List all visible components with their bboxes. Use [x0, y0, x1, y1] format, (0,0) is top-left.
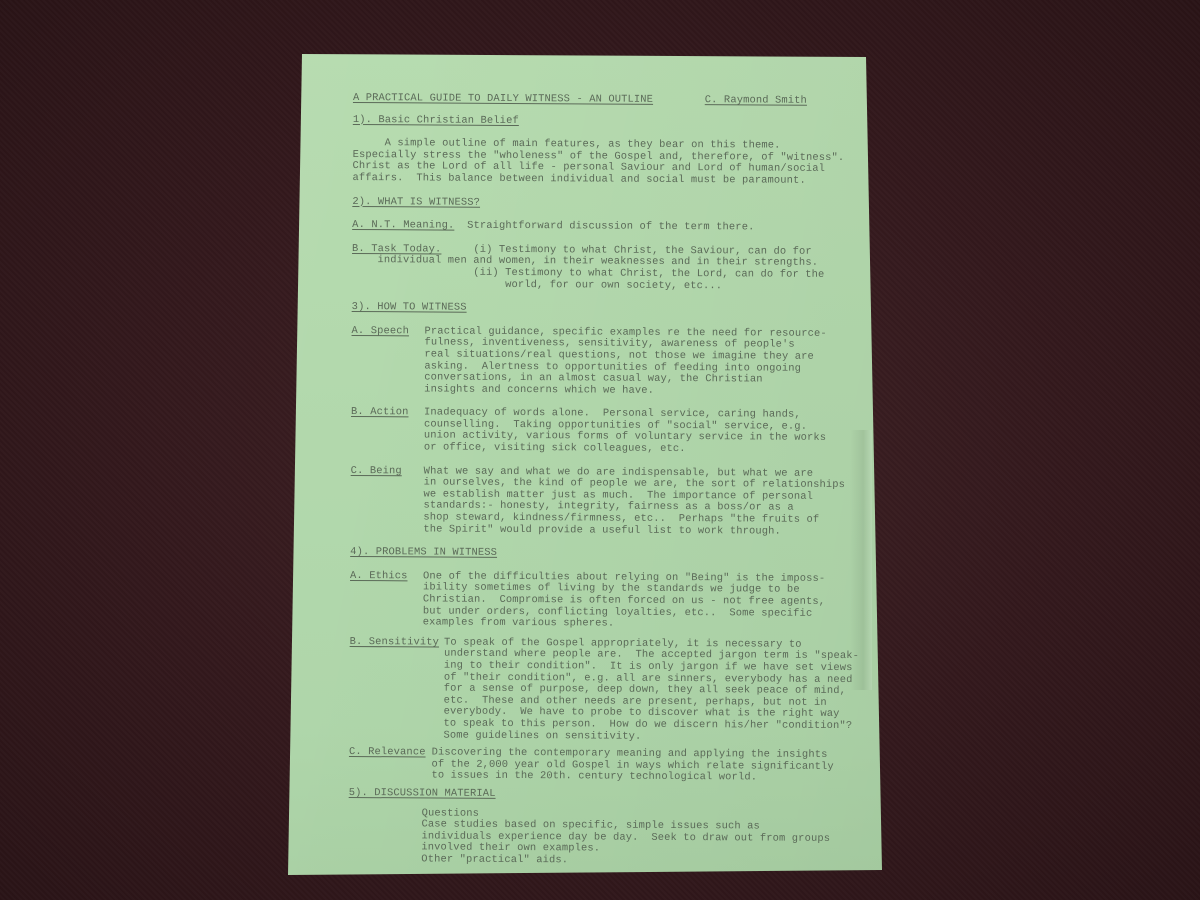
section-2: 2). WHAT IS WITNESS? A. N.T. Meaning. St…: [352, 197, 863, 294]
section-heading: 4). PROBLEMS IN WITNESS: [350, 546, 497, 559]
item-action: B. Action Inadequacy of words alone. Per…: [351, 407, 861, 456]
section-body: Questions Case studies based on specific…: [348, 807, 858, 868]
section-3: 3). HOW TO WITNESS A. Speech Practical g…: [350, 302, 861, 538]
item-label: C. Being: [351, 465, 402, 477]
item-task-today: B. Task Today. (i) Testimony to what Chr…: [352, 244, 862, 293]
item-label: A. Ethics: [350, 570, 408, 582]
item-being: C. Being What we say and what we do are …: [350, 466, 860, 539]
section-5: 5). DISCUSSION MATERIAL Questions Case s…: [348, 788, 858, 869]
item-sensitivity: B. Sensitivity To speak of the Gospel ap…: [349, 637, 860, 744]
section-heading: 2). WHAT IS WITNESS?: [352, 196, 480, 209]
item-label: B. Sensitivity: [349, 637, 439, 742]
typewritten-document: A PRACTICAL GUIDE TO DAILY WITNESS - AN …: [348, 93, 863, 869]
item-text: What we say and what we do are indispens…: [423, 466, 845, 538]
item-text: Practical guidance, specific examples re…: [424, 326, 827, 398]
item-label: A. N.T. Meaning.: [352, 219, 454, 232]
document-author: C. Raymond Smith: [705, 95, 807, 107]
item-label: B. Action: [351, 406, 409, 418]
item-text: To speak of the Gospel appropriately, it…: [435, 637, 859, 744]
item-nt-meaning: A. N.T. Meaning. Straightforward discuss…: [352, 220, 862, 235]
document-title: A PRACTICAL GUIDE TO DAILY WITNESS - AN …: [353, 93, 653, 106]
item-label: B. Task Today.: [352, 243, 441, 256]
document-header: A PRACTICAL GUIDE TO DAILY WITNESS - AN …: [353, 93, 807, 107]
item-label: C. Relevance: [349, 747, 426, 782]
section-heading: 1). Basic Christian Belief: [353, 114, 519, 127]
section-body: A simple outline of main features, as th…: [352, 138, 862, 187]
item-text: Inadequacy of words alone. Personal serv…: [424, 408, 827, 457]
item-ethics: A. Ethics One of the difficulties about …: [350, 571, 860, 632]
section-heading: 3). HOW TO WITNESS: [352, 301, 467, 314]
section-heading: 5). DISCUSSION MATERIAL: [349, 787, 496, 800]
item-label: A. Speech: [352, 325, 410, 337]
section-1: 1). Basic Christian Belief A simple outl…: [352, 115, 862, 188]
item-text: Straightforward discussion of the term t…: [454, 220, 754, 234]
section-4: 4). PROBLEMS IN WITNESS A. Ethics One of…: [349, 547, 860, 785]
item-text: Discovering the contemporary meaning and…: [431, 748, 833, 785]
item-speech: A. Speech Practical guidance, specific e…: [351, 326, 861, 399]
item-relevance: C. Relevance Discovering the contemporar…: [349, 747, 859, 785]
item-text: One of the difficulties about relying on…: [423, 571, 826, 631]
